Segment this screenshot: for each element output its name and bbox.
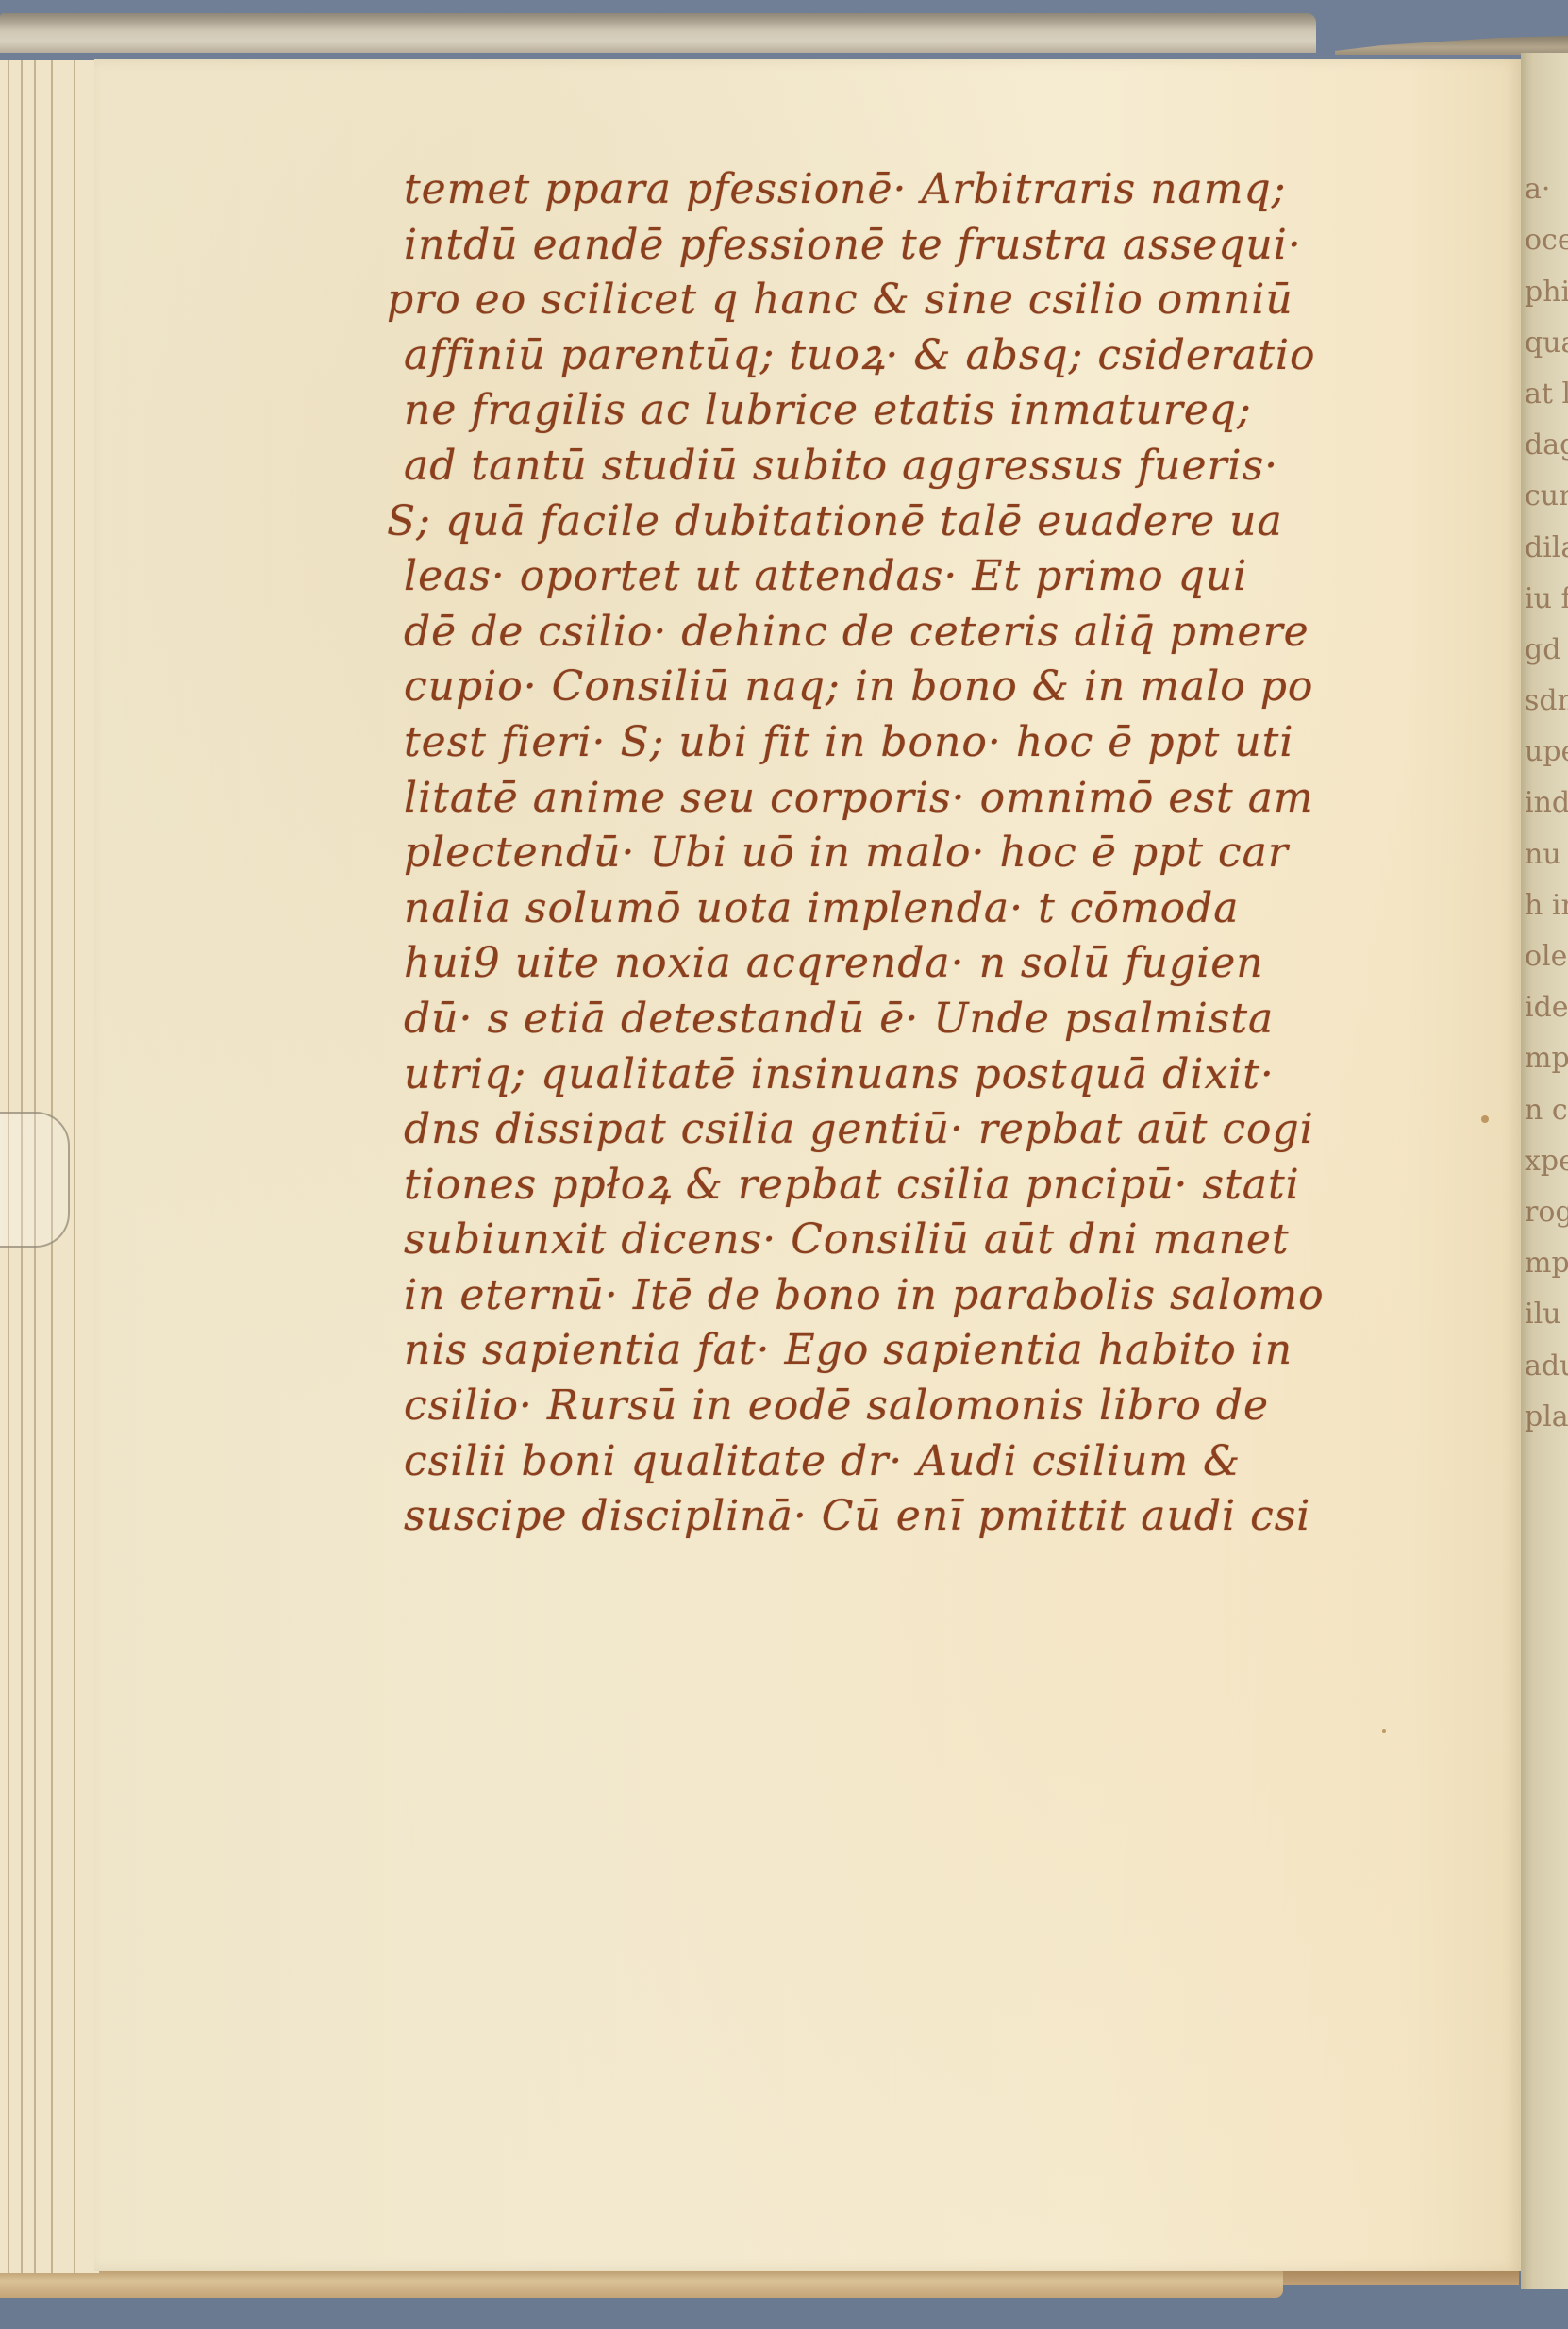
text-line: ad tantū studiū subito aggressus fueris· xyxy=(404,439,1442,494)
text-line: nalia solumō uota implenda· t cōmoda xyxy=(404,881,1442,937)
text-line: S; quā facile dubitationē talē euadere u… xyxy=(387,494,1442,550)
text-line: cupio· Consiliū naq; in bono & in malo p… xyxy=(404,660,1442,715)
text-line: in eternū· Itē de bono in parabolis salo… xyxy=(404,1268,1442,1324)
text-line: temet ppara pfessionē· Arbitraris namq; xyxy=(404,162,1442,218)
text-line: leas· oportet ut attendas· Et primo qui xyxy=(404,549,1442,605)
text-line: tiones ppłoꝝ & repbat csilia pncipū· sta… xyxy=(404,1158,1442,1214)
facing-page-text: a· oce phi qual at l dag cun dila iu fr … xyxy=(1525,113,1568,1443)
ink-spot xyxy=(1382,1729,1386,1733)
text-line: plectendū· Ubi uō in malo· hoc ē ppt car xyxy=(404,826,1442,881)
text-line: litatē anime seu corporis· omnimō est am xyxy=(404,771,1442,827)
text-line: dē de csilio· dehinc de ceteris aliq̄ pm… xyxy=(404,605,1442,661)
binding-top-edge xyxy=(0,13,1316,53)
manuscript-text-block: temet ppara pfessionē· Arbitraris namq; … xyxy=(404,162,1442,1545)
text-line: utriq; qualitatē insinuans postquā dixit… xyxy=(404,1047,1442,1103)
text-line: affiniū parentūq; tuoꝝ· & absq; csiderat… xyxy=(404,328,1442,384)
text-line: pro eo scilicet q hanc & sine csilio omn… xyxy=(387,273,1442,328)
text-line: test fieri· S; ubi fit in bono· hoc ē pp… xyxy=(404,715,1442,771)
text-line: suscipe disciplinā· Cū enī pmittit audi … xyxy=(404,1489,1442,1545)
text-line: dns dissipat csilia gentiū· repbat aūt c… xyxy=(404,1102,1442,1158)
text-line: hui9 uite noxia acqrenda· n solū fugien xyxy=(404,936,1442,992)
binding-bottom-edge xyxy=(0,2270,1283,2298)
text-line: intdū eandē pfessionē te frustra assequi… xyxy=(404,218,1442,274)
text-line: csilii boni qualitate dr· Audi csilium & xyxy=(404,1434,1442,1490)
text-line: subiunxit dicens· Consiliū aūt dni manet xyxy=(404,1213,1442,1268)
binding-bottom-right-edge xyxy=(1283,2270,1519,2285)
text-line: dū· s etiā detestandū ē· Unde psalmista xyxy=(404,992,1442,1047)
text-line: ne fragilis ac lubrice etatis inmatureq; xyxy=(404,383,1442,439)
text-line: nis sapientia fat· Ego sapientia habito … xyxy=(404,1323,1442,1379)
glass-weight-clasp xyxy=(0,1112,70,1248)
ink-spot xyxy=(1481,1115,1489,1123)
text-line: csilio· Rursū in eodē salomonis libro de xyxy=(404,1379,1442,1434)
